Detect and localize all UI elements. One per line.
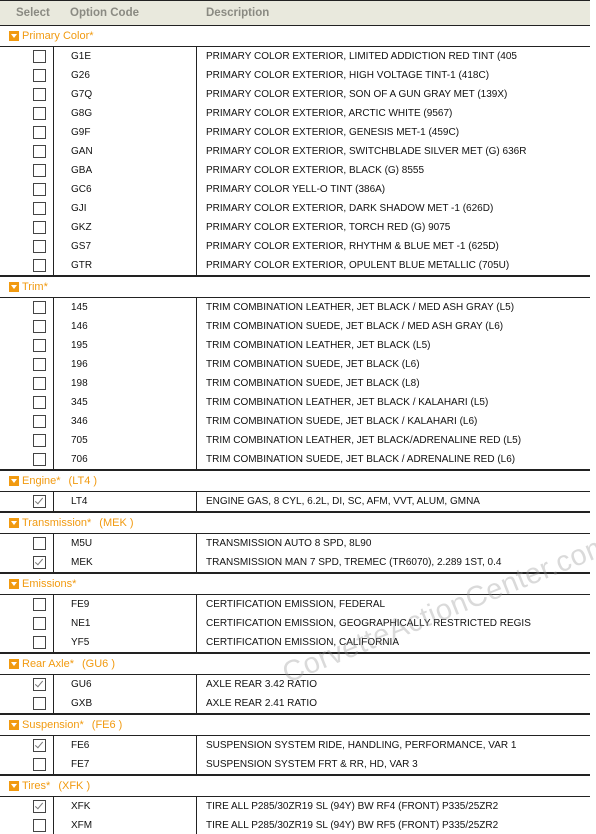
option-description: SUSPENSION SYSTEM FRT & RR, HD, VAR 3 xyxy=(197,759,590,770)
option-checkbox[interactable] xyxy=(33,69,46,82)
select-cell xyxy=(0,553,54,572)
table-row: LT4ENGINE GAS, 8 CYL, 6.2L, DI, SC, AFM,… xyxy=(0,492,590,511)
option-checkbox[interactable] xyxy=(33,164,46,177)
option-code: G7Q xyxy=(54,85,197,104)
select-cell xyxy=(0,47,54,66)
table-row: FE7SUSPENSION SYSTEM FRT & RR, HD, VAR 3 xyxy=(0,755,590,774)
option-checkbox[interactable] xyxy=(33,453,46,466)
option-code: LT4 xyxy=(54,492,197,511)
option-code: G9F xyxy=(54,123,197,142)
option-code: XFM xyxy=(54,816,197,834)
table-row: MEKTRANSMISSION MAN 7 SPD, TREMEC (TR607… xyxy=(0,553,590,572)
option-code: GAN xyxy=(54,142,197,161)
option-code: G26 xyxy=(54,66,197,85)
collapse-arrow-icon[interactable] xyxy=(9,518,19,528)
select-cell xyxy=(0,534,54,553)
table-row: M5UTRANSMISSION AUTO 8 SPD, 8L90 xyxy=(0,534,590,553)
section-title: Primary Color* xyxy=(22,30,94,42)
select-cell xyxy=(0,492,54,511)
select-cell xyxy=(0,694,54,713)
option-description: TRIM COMBINATION LEATHER, JET BLACK / KA… xyxy=(197,397,590,408)
option-description: PRIMARY COLOR EXTERIOR, ARCTIC WHITE (95… xyxy=(197,108,590,119)
select-cell xyxy=(0,142,54,161)
select-cell xyxy=(0,614,54,633)
option-checkbox[interactable] xyxy=(33,259,46,272)
option-checkbox[interactable] xyxy=(33,636,46,649)
option-code: G1E xyxy=(54,47,197,66)
options-table: Select Option Code Description Primary C… xyxy=(0,0,590,834)
option-checkbox[interactable] xyxy=(33,819,46,832)
column-header-select: Select xyxy=(0,7,68,19)
option-code: GS7 xyxy=(54,237,197,256)
option-checkbox[interactable] xyxy=(33,107,46,120)
section-rows: FE9CERTIFICATION EMISSION, FEDERALNE1CER… xyxy=(0,595,590,654)
option-code: 145 xyxy=(54,298,197,317)
option-checkbox[interactable] xyxy=(33,678,46,691)
table-header: Select Option Code Description xyxy=(0,0,590,26)
select-cell xyxy=(0,161,54,180)
table-row: 706TRIM COMBINATION SUEDE, JET BLACK / A… xyxy=(0,450,590,469)
select-cell xyxy=(0,199,54,218)
select-cell xyxy=(0,66,54,85)
option-code: NE1 xyxy=(54,614,197,633)
select-cell xyxy=(0,755,54,774)
option-checkbox[interactable] xyxy=(33,396,46,409)
option-checkbox[interactable] xyxy=(33,434,46,447)
option-checkbox[interactable] xyxy=(33,415,46,428)
table-row: GC6PRIMARY COLOR YELL-O TINT (386A) xyxy=(0,180,590,199)
option-code: FE7 xyxy=(54,755,197,774)
table-row: GANPRIMARY COLOR EXTERIOR, SWITCHBLADE S… xyxy=(0,142,590,161)
table-row: XFMTIRE ALL P285/30ZR19 SL (94Y) BW RF5 … xyxy=(0,816,590,834)
option-description: TRIM COMBINATION SUEDE, JET BLACK / ADRE… xyxy=(197,454,590,465)
section-rows: GU6AXLE REAR 3.42 RATIOGXBAXLE REAR 2.41… xyxy=(0,675,590,715)
table-row: GKZPRIMARY COLOR EXTERIOR, TORCH RED (G)… xyxy=(0,218,590,237)
select-cell xyxy=(0,412,54,431)
option-code: 146 xyxy=(54,317,197,336)
option-checkbox[interactable] xyxy=(33,202,46,215)
option-checkbox[interactable] xyxy=(33,240,46,253)
section-rows: LT4ENGINE GAS, 8 CYL, 6.2L, DI, SC, AFM,… xyxy=(0,492,590,513)
option-code: G8G xyxy=(54,104,197,123)
table-row: G7QPRIMARY COLOR EXTERIOR, SON OF A GUN … xyxy=(0,85,590,104)
section-title: Rear Axle* xyxy=(22,658,74,670)
table-row: G8GPRIMARY COLOR EXTERIOR, ARCTIC WHITE … xyxy=(0,104,590,123)
section-rows: FE6SUSPENSION SYSTEM RIDE, HANDLING, PER… xyxy=(0,736,590,776)
option-description: TRIM COMBINATION LEATHER, JET BLACK / ME… xyxy=(197,302,590,313)
option-checkbox[interactable] xyxy=(33,537,46,550)
option-sections: Primary Color*G1EPRIMARY COLOR EXTERIOR,… xyxy=(0,26,590,834)
option-code: 198 xyxy=(54,374,197,393)
option-description: AXLE REAR 2.41 RATIO xyxy=(197,698,590,709)
option-checkbox[interactable] xyxy=(33,358,46,371)
select-cell xyxy=(0,736,54,755)
table-row: YF5CERTIFICATION EMISSION, CALIFORNIA xyxy=(0,633,590,652)
option-description: TIRE ALL P285/30ZR19 SL (94Y) BW RF5 (FR… xyxy=(197,820,590,831)
select-cell xyxy=(0,256,54,275)
option-description: TRIM COMBINATION SUEDE, JET BLACK / MED … xyxy=(197,321,590,332)
section-title: Tires* xyxy=(22,780,50,792)
option-description: PRIMARY COLOR EXTERIOR, GENESIS MET-1 (4… xyxy=(197,127,590,138)
option-description: PRIMARY COLOR EXTERIOR, SWITCHBLADE SILV… xyxy=(197,146,590,157)
option-code: 195 xyxy=(54,336,197,355)
option-description: TRIM COMBINATION SUEDE, JET BLACK (L6) xyxy=(197,359,590,370)
option-description: TIRE ALL P285/30ZR19 SL (94Y) BW RF4 (FR… xyxy=(197,801,590,812)
option-description: PRIMARY COLOR EXTERIOR, BLACK (G) 8555 xyxy=(197,165,590,176)
option-description: TRIM COMBINATION LEATHER, JET BLACK/ADRE… xyxy=(197,435,590,446)
section-title: Engine* xyxy=(22,475,61,487)
table-row: FE9CERTIFICATION EMISSION, FEDERAL xyxy=(0,595,590,614)
option-checkbox[interactable] xyxy=(33,183,46,196)
section-header[interactable]: Primary Color* xyxy=(0,26,590,47)
option-checkbox[interactable] xyxy=(33,320,46,333)
table-row: FE6SUSPENSION SYSTEM RIDE, HANDLING, PER… xyxy=(0,736,590,755)
table-row: GXBAXLE REAR 2.41 RATIO xyxy=(0,694,590,713)
option-checkbox[interactable] xyxy=(33,556,46,569)
section-rows: M5UTRANSMISSION AUTO 8 SPD, 8L90MEKTRANS… xyxy=(0,534,590,574)
option-code: GTR xyxy=(54,256,197,275)
option-checkbox[interactable] xyxy=(33,800,46,813)
option-code: 706 xyxy=(54,450,197,469)
select-cell xyxy=(0,298,54,317)
table-row: GS7PRIMARY COLOR EXTERIOR, RHYTHM & BLUE… xyxy=(0,237,590,256)
table-row: G26PRIMARY COLOR EXTERIOR, HIGH VOLTAGE … xyxy=(0,66,590,85)
table-row: 345TRIM COMBINATION LEATHER, JET BLACK /… xyxy=(0,393,590,412)
option-description: SUSPENSION SYSTEM RIDE, HANDLING, PERFOR… xyxy=(197,740,590,751)
option-code: GKZ xyxy=(54,218,197,237)
table-row: GU6AXLE REAR 3.42 RATIO xyxy=(0,675,590,694)
select-cell xyxy=(0,431,54,450)
select-cell xyxy=(0,595,54,614)
option-description: PRIMARY COLOR EXTERIOR, HIGH VOLTAGE TIN… xyxy=(197,70,590,81)
column-header-description: Description xyxy=(204,7,269,19)
section-selected-code: (LT4 ) xyxy=(69,475,98,487)
option-code: GBA xyxy=(54,161,197,180)
select-cell xyxy=(0,675,54,694)
option-code: 346 xyxy=(54,412,197,431)
section-rows: XFKTIRE ALL P285/30ZR19 SL (94Y) BW RF4 … xyxy=(0,797,590,834)
collapse-arrow-icon[interactable] xyxy=(9,579,19,589)
option-checkbox[interactable] xyxy=(33,377,46,390)
table-row: 146TRIM COMBINATION SUEDE, JET BLACK / M… xyxy=(0,317,590,336)
select-cell xyxy=(0,797,54,816)
section-selected-code: (MEK ) xyxy=(99,517,133,529)
table-row: GTRPRIMARY COLOR EXTERIOR, OPULENT BLUE … xyxy=(0,256,590,275)
option-code: 705 xyxy=(54,431,197,450)
table-row: 195TRIM COMBINATION LEATHER, JET BLACK (… xyxy=(0,336,590,355)
select-cell xyxy=(0,317,54,336)
option-checkbox[interactable] xyxy=(33,697,46,710)
select-cell xyxy=(0,450,54,469)
option-description: CERTIFICATION EMISSION, FEDERAL xyxy=(197,599,590,610)
table-row: G1EPRIMARY COLOR EXTERIOR, LIMITED ADDIC… xyxy=(0,47,590,66)
option-checkbox[interactable] xyxy=(33,145,46,158)
select-cell xyxy=(0,393,54,412)
column-header-option-code: Option Code xyxy=(68,7,204,19)
option-checkbox[interactable] xyxy=(33,88,46,101)
section-title: Emissions* xyxy=(22,578,76,590)
table-row: XFKTIRE ALL P285/30ZR19 SL (94Y) BW RF4 … xyxy=(0,797,590,816)
select-cell xyxy=(0,336,54,355)
option-checkbox[interactable] xyxy=(33,126,46,139)
option-description: ENGINE GAS, 8 CYL, 6.2L, DI, SC, AFM, VV… xyxy=(197,496,590,507)
select-cell xyxy=(0,633,54,652)
option-checkbox[interactable] xyxy=(33,495,46,508)
section-header[interactable]: Trim* xyxy=(0,277,590,298)
collapse-arrow-icon[interactable] xyxy=(9,476,19,486)
option-code: 345 xyxy=(54,393,197,412)
select-cell xyxy=(0,816,54,834)
option-code: YF5 xyxy=(54,633,197,652)
collapse-arrow-icon[interactable] xyxy=(9,659,19,669)
table-row: 346TRIM COMBINATION SUEDE, JET BLACK / K… xyxy=(0,412,590,431)
option-description: PRIMARY COLOR EXTERIOR, TORCH RED (G) 90… xyxy=(197,222,590,233)
option-description: CERTIFICATION EMISSION, CALIFORNIA xyxy=(197,637,590,648)
option-description: CERTIFICATION EMISSION, GEOGRAPHICALLY R… xyxy=(197,618,590,629)
option-checkbox[interactable] xyxy=(33,221,46,234)
option-code: GU6 xyxy=(54,675,197,694)
select-cell xyxy=(0,355,54,374)
option-description: TRANSMISSION MAN 7 SPD, TREMEC (TR6070),… xyxy=(197,557,590,568)
select-cell xyxy=(0,218,54,237)
option-description: PRIMARY COLOR YELL-O TINT (386A) xyxy=(197,184,590,195)
option-checkbox[interactable] xyxy=(33,50,46,63)
option-description: AXLE REAR 3.42 RATIO xyxy=(197,679,590,690)
option-checkbox[interactable] xyxy=(33,301,46,314)
select-cell xyxy=(0,123,54,142)
option-code: MEK xyxy=(54,553,197,572)
option-checkbox[interactable] xyxy=(33,758,46,771)
select-cell xyxy=(0,180,54,199)
select-cell xyxy=(0,237,54,256)
option-code: FE9 xyxy=(54,595,197,614)
collapse-arrow-icon[interactable] xyxy=(9,781,19,791)
table-row: G9FPRIMARY COLOR EXTERIOR, GENESIS MET-1… xyxy=(0,123,590,142)
section-selected-code: (FE6 ) xyxy=(92,719,123,731)
option-code: 196 xyxy=(54,355,197,374)
option-checkbox[interactable] xyxy=(33,617,46,630)
option-code: FE6 xyxy=(54,736,197,755)
collapse-arrow-icon[interactable] xyxy=(9,31,19,41)
option-code: XFK xyxy=(54,797,197,816)
section-header[interactable]: Transmission*(MEK ) xyxy=(0,513,590,534)
section-selected-code: (GU6 ) xyxy=(82,658,115,670)
option-description: PRIMARY COLOR EXTERIOR, DARK SHADOW MET … xyxy=(197,203,590,214)
option-description: PRIMARY COLOR EXTERIOR, SON OF A GUN GRA… xyxy=(197,89,590,100)
table-row: GJIPRIMARY COLOR EXTERIOR, DARK SHADOW M… xyxy=(0,199,590,218)
section-rows: G1EPRIMARY COLOR EXTERIOR, LIMITED ADDIC… xyxy=(0,47,590,277)
select-cell xyxy=(0,374,54,393)
table-row: 705TRIM COMBINATION LEATHER, JET BLACK/A… xyxy=(0,431,590,450)
section-header[interactable]: Suspension*(FE6 ) xyxy=(0,715,590,736)
option-description: TRIM COMBINATION LEATHER, JET BLACK (L5) xyxy=(197,340,590,351)
option-description: TRIM COMBINATION SUEDE, JET BLACK / KALA… xyxy=(197,416,590,427)
section-header[interactable]: Tires*(XFK ) xyxy=(0,776,590,797)
section-header[interactable]: Emissions* xyxy=(0,574,590,595)
section-title: Transmission* xyxy=(22,517,91,529)
table-row: 145TRIM COMBINATION LEATHER, JET BLACK /… xyxy=(0,298,590,317)
option-checkbox[interactable] xyxy=(33,739,46,752)
table-row: 198TRIM COMBINATION SUEDE, JET BLACK (L8… xyxy=(0,374,590,393)
table-row: NE1CERTIFICATION EMISSION, GEOGRAPHICALL… xyxy=(0,614,590,633)
section-title: Trim* xyxy=(22,281,48,293)
option-checkbox[interactable] xyxy=(33,598,46,611)
select-cell xyxy=(0,104,54,123)
option-description: PRIMARY COLOR EXTERIOR, RHYTHM & BLUE ME… xyxy=(197,241,590,252)
section-title: Suspension* xyxy=(22,719,84,731)
table-row: GBAPRIMARY COLOR EXTERIOR, BLACK (G) 855… xyxy=(0,161,590,180)
option-description: TRIM COMBINATION SUEDE, JET BLACK (L8) xyxy=(197,378,590,389)
collapse-arrow-icon[interactable] xyxy=(9,720,19,730)
section-header[interactable]: Rear Axle*(GU6 ) xyxy=(0,654,590,675)
option-code: GC6 xyxy=(54,180,197,199)
option-code: GJI xyxy=(54,199,197,218)
section-header[interactable]: Engine*(LT4 ) xyxy=(0,471,590,492)
section-selected-code: (XFK ) xyxy=(58,780,90,792)
section-rows: 145TRIM COMBINATION LEATHER, JET BLACK /… xyxy=(0,298,590,471)
option-description: PRIMARY COLOR EXTERIOR, OPULENT BLUE MET… xyxy=(197,260,590,271)
option-checkbox[interactable] xyxy=(33,339,46,352)
option-code: M5U xyxy=(54,534,197,553)
collapse-arrow-icon[interactable] xyxy=(9,282,19,292)
option-code: GXB xyxy=(54,694,197,713)
option-description: TRANSMISSION AUTO 8 SPD, 8L90 xyxy=(197,538,590,549)
select-cell xyxy=(0,85,54,104)
table-row: 196TRIM COMBINATION SUEDE, JET BLACK (L6… xyxy=(0,355,590,374)
option-description: PRIMARY COLOR EXTERIOR, LIMITED ADDICTIO… xyxy=(197,51,590,62)
